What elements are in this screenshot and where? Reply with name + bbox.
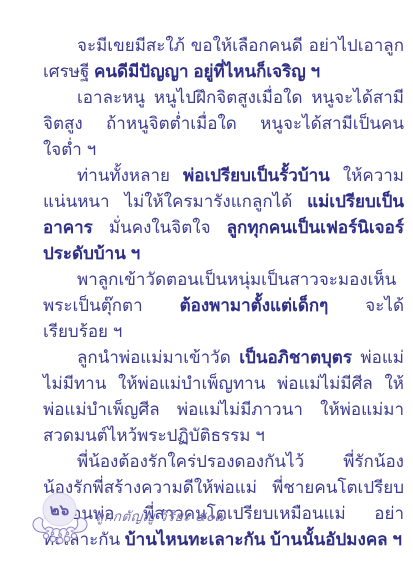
paragraph: พาลูกเข้าวัดตอนเป็นหนุ่มเป็นสาวจะมองเห็น… [43,267,404,345]
page-footer: ๒๖ ลูกกตัญญู วิริยะ ๕๐๗ [31,492,225,550]
text-block: จะมีเขยมีสะใภ้ ขอให้เลือกคนดี อย่าไปเอาล… [43,33,404,553]
bold-segment: ต้องพามาตั้งแต่เด็กๆ [180,296,329,315]
page-number-badge: ๒๖ [31,492,89,550]
paragraph: เอาละหนู หนูไปฝึกจิตสูงเมื่อใด หนูจะได้ส… [43,85,404,163]
text-segment: เอาละหนู หนูไปฝึกจิตสูงเมื่อใด หนูจะได้ส… [43,88,404,159]
paragraph: ท่านทั้งหลาย พ่อเปรียบเป็นรั้วบ้าน ให้คว… [43,163,404,267]
paragraph: ลูกนำพ่อแม่มาเข้าวัด เป็นอภิชาตบุตร พ่อแ… [43,345,404,449]
page-number: ๒๖ [50,502,70,519]
text-segment: มั่นคง​ในจิตใจ [93,218,227,237]
bold-segment: เป็นอภิชาตบุตร [239,348,352,367]
footer-caption: ลูกกตัญญู วิริยะ ๕๐๗ [94,505,227,537]
text-segment: ท่านทั้งหลาย [77,166,183,185]
bold-segment: พ่อเปรียบเป็นรั้วบ้าน [183,166,330,185]
bold-segment: คนดีมีปัญญา อยู่ที่ไหนก็เจริญ ฯ [94,62,320,81]
text-segment: ลูกนำพ่อแม่มาเข้าวัด [77,348,239,367]
paragraph: จะมีเขยมีสะใภ้ ขอให้เลือกคนดี อย่าไปเอาล… [43,33,404,85]
book-page: จะมีเขยมีสะใภ้ ขอให้เลือกคนดี อย่าไปเอาล… [0,0,413,570]
